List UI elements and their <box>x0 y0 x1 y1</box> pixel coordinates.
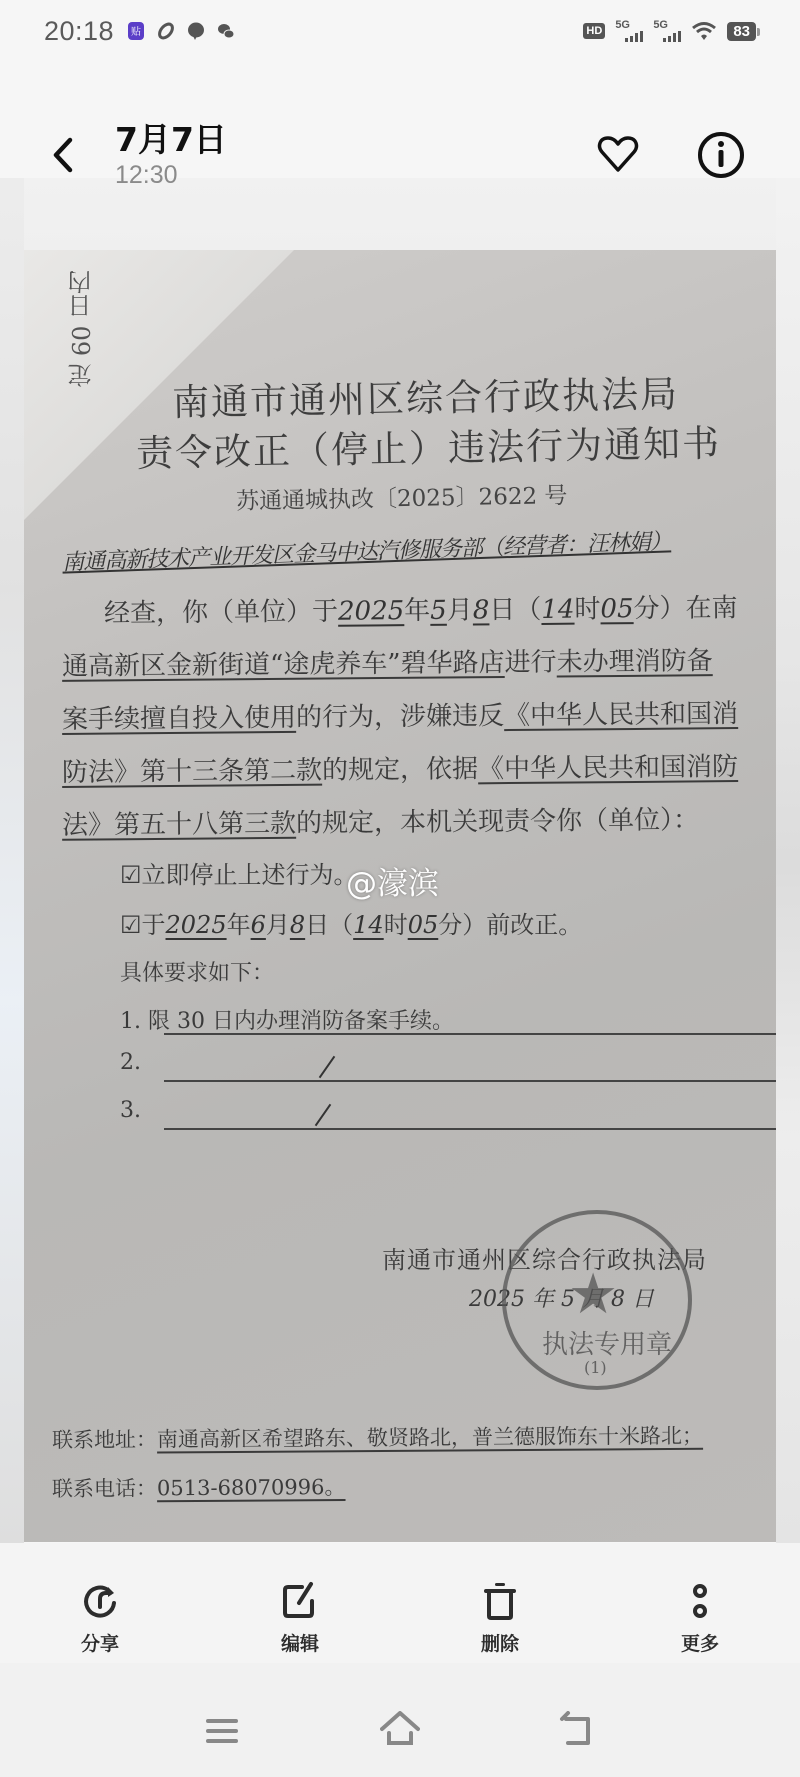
doc-requirement-1: 1. 限 30 日内办理消防备案手续。 <box>120 1004 454 1035</box>
doc-number: 苏通通城执改〔2025〕2622 号 <box>236 477 568 516</box>
doc-title-line2: 责令改正（停止）违法行为通知书 <box>136 413 722 477</box>
notification-icons: 贴 <box>126 21 236 41</box>
system-navigation-bar <box>0 1663 800 1777</box>
doc-para-line5: 法》第五十八第三款的规定，本机关现责令你（单位）： <box>62 799 699 842</box>
photo-date: 7月7日 <box>115 120 227 160</box>
requirement-3-slash <box>315 1104 332 1126</box>
tieba-app-icon: 贴 <box>126 21 146 41</box>
more-button[interactable]: 更多 <box>600 1543 800 1663</box>
watermark: @濠滨 <box>346 858 439 903</box>
photo-time: 12:30 <box>115 160 227 190</box>
battery-indicator: 83 <box>727 22 756 41</box>
status-bar: 20:18 贴 HD 5G 5G 83 <box>0 0 800 62</box>
back-button[interactable] <box>46 132 82 178</box>
edit-button[interactable]: 编辑 <box>200 1543 400 1663</box>
doc-recipient: 南通高新技术产业开发区金马中达汽修服务部（经营者：汪林娟） <box>62 524 672 576</box>
doc-para-line2: 通高新区金新街道“途虎养车”碧华路店进行未办理消防备 <box>62 640 713 683</box>
back-nav-icon[interactable] <box>558 1711 598 1751</box>
doc-contact-phone: 联系电话：0513-68070996。 <box>52 1471 346 1503</box>
hd-voice-badge: HD <box>583 23 605 39</box>
signal-sim1: 5G <box>615 20 643 42</box>
wechat-icon <box>216 21 236 41</box>
wifi-icon <box>691 20 717 42</box>
signal-sim2: 5G <box>653 20 681 42</box>
share-icon <box>78 1579 122 1623</box>
edit-icon <box>278 1579 322 1623</box>
delete-button[interactable]: 删除 <box>400 1543 600 1663</box>
requirement-1-line <box>164 1033 776 1035</box>
doc-requirement-3: 3. <box>120 1098 141 1123</box>
doc-requirement-2: 2. <box>120 1050 141 1075</box>
doc-check-deadline: ☑于2025年6月8日（14时05分）前改正。 <box>120 905 582 940</box>
favorite-heart-icon[interactable] <box>594 130 642 178</box>
next-photo-edge[interactable] <box>776 178 800 1548</box>
doc-requirements-heading: 具体要求如下： <box>120 956 274 987</box>
info-icon[interactable] <box>696 130 746 180</box>
more-icon <box>678 1579 722 1623</box>
bottom-toolbar: 分享 编辑 删除 更多 <box>0 1543 800 1663</box>
doc-para-line4: 防法》第十三条第二款的规定，依据《中华人民共和国消防 <box>62 746 738 789</box>
signal-bars-icon <box>663 31 681 42</box>
doc-para-line1: 经查，你（单位）于2025年5月8日（14时05分）在南 <box>104 587 738 630</box>
link-app-icon <box>156 21 176 41</box>
message-bubble-icon <box>186 21 206 41</box>
seal-star-icon: ★ <box>568 1262 618 1327</box>
requirement-2-line <box>164 1080 776 1082</box>
doc-contact-address: 联系地址：南通高新区希望路东、敬贤路北，普兰德服饰东十米路北； <box>52 1420 703 1455</box>
svg-text:贴: 贴 <box>131 25 141 38</box>
signal-bars-icon <box>625 31 643 42</box>
doc-check-stop: ☑立即停止上述行为。 <box>120 855 358 890</box>
requirement-2-slash <box>319 1056 336 1078</box>
status-time: 20:18 <box>44 16 114 47</box>
doc-para-line3: 案手续擅自投入使用的行为，涉嫌违反《中华人民共和国消 <box>62 693 738 736</box>
requirement-3-line <box>164 1128 776 1130</box>
share-button[interactable]: 分享 <box>0 1543 200 1663</box>
status-right-icons: HD 5G 5G 83 <box>583 20 756 42</box>
home-icon[interactable] <box>380 1711 420 1751</box>
photo-viewer-screen: 20:18 贴 HD 5G 5G 83 7月7日 12 <box>0 0 800 1777</box>
previous-photo-edge[interactable] <box>0 178 24 1548</box>
title-block: 7月7日 12:30 <box>115 120 227 190</box>
official-seal: ★ 执法专用章 (1) <box>502 1210 692 1390</box>
trash-icon <box>478 1579 522 1623</box>
photo-header: 7月7日 12:30 <box>0 110 800 200</box>
recent-apps-icon[interactable] <box>202 1711 242 1751</box>
